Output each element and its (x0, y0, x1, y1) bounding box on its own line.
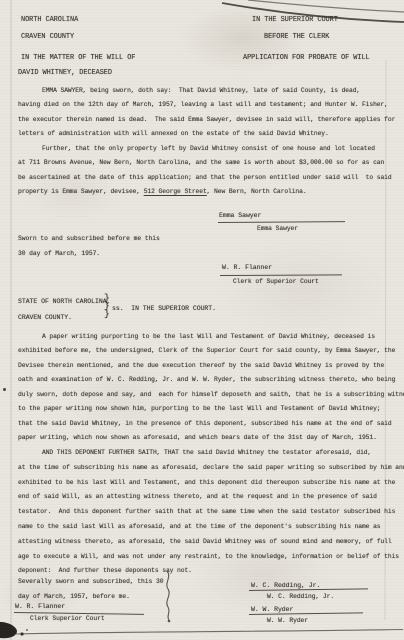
document-page: NORTH CAROLINA IN THE SUPERIOR COURT CRA… (0, 0, 404, 640)
ink-blot-dot (26, 629, 28, 631)
bottom-edge-line (16, 630, 403, 635)
caption-brace: } (104, 309, 110, 318)
jurat-line: 30 day of March, 1957. (18, 249, 100, 258)
signature-wr-flanner: W. R. Flanner (222, 263, 272, 272)
text-line: A paper writing purporting to be the las… (18, 333, 404, 347)
signature-line (220, 274, 342, 276)
text-line: testator. And this deponent further sait… (18, 508, 404, 523)
text-segment: property is Emma Sawyer, devisee, (18, 188, 144, 195)
text-line: Devisee therein mentioned, and the due e… (18, 362, 404, 376)
page-curl-line (248, 0, 404, 12)
header-court: IN THE SUPERIOR COURT (252, 16, 338, 25)
signature-wr-flanner-bottom: W. R. Flanner (15, 602, 65, 611)
text-line: duly sworn, doth depose and say, and eac… (18, 391, 404, 405)
signature-title: Clerk Superior Court (30, 614, 105, 623)
underlined-address: 512 George Street (144, 188, 207, 195)
text-line: letters of administration with will anne… (18, 130, 404, 144)
jurat-line: day of March, 1957, before me. (18, 592, 130, 601)
text-line: that the said David Whitney, in the pres… (18, 420, 404, 434)
text-line: property is Emma Sawyer, devisee, 512 Ge… (18, 188, 404, 202)
paragraph-deponent: AND THIS DEPONENT FURTHER SAITH, THAT th… (18, 449, 404, 582)
text-line: having died on the 12th day of March, 19… (18, 101, 404, 115)
signature-typed-name: Emma Sawyer (257, 224, 298, 233)
header-matter-of-will: IN THE MATTER OF THE WILL OF (21, 54, 135, 63)
text-line: EMMA SAWYER, being sworn, doth say: That… (18, 87, 404, 101)
text-line: age to execute a Will, and was not under… (18, 553, 404, 568)
text-line: to the paper writing now shown him, purp… (18, 405, 404, 419)
header-decedent: DAVID WHITNEY, DECEASED (18, 69, 112, 78)
notary-brace-dot (168, 620, 171, 623)
ink-blot (0, 622, 17, 638)
text-line: exhibited to be his last Will and Testam… (18, 479, 404, 494)
text-line: end of said Will, as an attesting witnes… (18, 493, 404, 508)
header-state: NORTH CAROLINA (21, 16, 78, 25)
text-line: at 711 Browns Avenue, New Bern, North Ca… (18, 159, 404, 173)
signature-typed-name: W. C. Redding, Jr. (267, 592, 334, 601)
paragraph-probate: A paper writing purporting to be the las… (18, 333, 404, 449)
text-line: oath and examination of W. C. Redding, J… (18, 376, 404, 390)
signature-typed-name: W. W. Ryder (267, 616, 308, 625)
header-county: CRAVEN COUNTY (21, 33, 74, 42)
caption-county: CRAVEN COUNTY. (18, 313, 72, 322)
text-line: AND THIS DEPONENT FURTHER SAITH, THAT th… (18, 449, 404, 464)
caption-state: STATE OF NORTH CAROLINA, (18, 297, 110, 306)
signature-line (218, 221, 345, 223)
text-segment: , New Bern, North Carolina. (207, 188, 307, 195)
text-line: name to the said last Will as aforesaid,… (18, 523, 404, 538)
text-line: Further, that the only property left by … (18, 145, 404, 159)
signature-emma-sawyer: Emma Sawyer (219, 211, 261, 220)
paragraph-application: EMMA SAWYER, being sworn, doth say: That… (18, 87, 404, 145)
signature-title: Clerk of Superior Court (233, 277, 319, 286)
text-line: paper writing, which now shown as afores… (18, 434, 404, 448)
text-line: attesting witness thereto, as aforesaid,… (18, 538, 404, 553)
jurat-line: Sworn to and subscribed before me this (18, 234, 160, 243)
jurat-line: Severally sworn and subscribed, this 30 (18, 577, 163, 586)
signature-line (249, 612, 363, 615)
ink-speck (3, 388, 6, 391)
header-application-title: APPLICATION FOR PROBATE OF WILL (243, 54, 370, 63)
text-line: be ascertained at the date of this appli… (18, 174, 404, 188)
paragraph-property: Further, that the only property left by … (18, 145, 404, 203)
text-line: exhibited before me, the undersigned, Cl… (18, 347, 404, 361)
header-before-clerk: BEFORE THE CLERK (264, 33, 329, 42)
text-line: at the time of subscribing his name as a… (18, 464, 404, 479)
text-line: the executor therein named is dead. The … (18, 116, 404, 130)
ink-blot-dot (20, 632, 23, 635)
caption-ss-court: ss. IN THE SUPERIOR COURT. (112, 304, 216, 313)
